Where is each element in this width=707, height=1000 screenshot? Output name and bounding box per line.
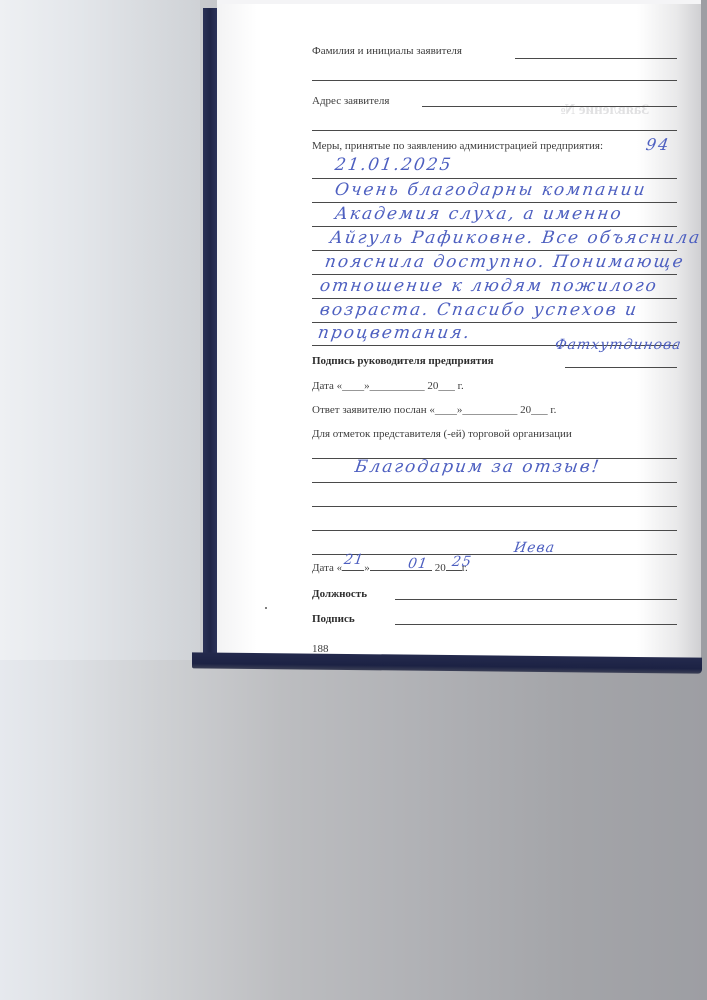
- notes-line-2[interactable]: [312, 482, 677, 483]
- notes-line-4[interactable]: [312, 530, 677, 531]
- measures-line-3[interactable]: [312, 226, 677, 227]
- date2-day-field[interactable]: [342, 570, 364, 571]
- trade-org-note-handwritten: Благодарим за отзыв!: [354, 457, 602, 477]
- date2-prefix: Дата «: [312, 562, 342, 574]
- measures-line-4[interactable]: [312, 250, 677, 251]
- handwritten-line: отношение к людям пожилого: [319, 276, 660, 296]
- scanner-background-left: [0, 0, 200, 660]
- date2-row: Дата «»20г.: [312, 562, 685, 574]
- notes-line-3[interactable]: [312, 506, 677, 507]
- date2-mid: »: [364, 562, 370, 574]
- manager-signature-label: Подпись руководителя предприятия: [312, 355, 685, 367]
- manager-signature-handwritten: Фатхутдинова: [554, 337, 683, 353]
- date2-year-field[interactable]: [446, 570, 462, 571]
- page-number: 188: [312, 643, 685, 655]
- measures-line-6[interactable]: [312, 298, 677, 299]
- reply-sent-line: Ответ заявителю послан «____»__________ …: [312, 404, 685, 416]
- measures-label: Меры, принятые по заявлению администраци…: [312, 140, 685, 152]
- handwritten-line: Очень благодарны компании: [334, 180, 648, 200]
- scan-speck: [265, 607, 267, 609]
- date2-year-prefix: 20: [435, 562, 446, 574]
- measures-line-2[interactable]: [312, 202, 677, 203]
- notes-line-5[interactable]: [312, 554, 677, 555]
- applicant-address-field[interactable]: [422, 106, 677, 107]
- handwritten-line: возраста. Спасибо успехов и: [319, 300, 640, 320]
- position-field[interactable]: [395, 599, 677, 600]
- representative-signature-handwritten: Иева: [513, 540, 556, 556]
- date2-year-handwritten: 25: [451, 554, 473, 570]
- date-line: Дата «____»__________ 20___ г.: [312, 380, 685, 392]
- handwritten-date: 21.01.2025: [334, 155, 454, 175]
- applicant-name-field-2[interactable]: [312, 80, 677, 81]
- handwritten-line: процветания.: [317, 323, 473, 343]
- book-binding: [203, 8, 217, 663]
- date2-month-handwritten: 01: [407, 556, 429, 572]
- applicant-name-label: Фамилия и инициалы заявителя: [312, 45, 685, 57]
- date2-day-handwritten: 21: [343, 552, 365, 568]
- measures-line-5[interactable]: [312, 274, 677, 275]
- trade-org-notes-label: Для отметок представителя (-ей) торговой…: [312, 428, 685, 440]
- applicant-name-field[interactable]: [515, 58, 677, 59]
- applicant-address-field-2[interactable]: [312, 130, 677, 131]
- measures-line-1[interactable]: [312, 178, 677, 179]
- handwritten-line: Айгуль Рафиковне. Все объяснила: [329, 228, 703, 248]
- handwritten-line: Академия слуха, а именно: [334, 204, 625, 224]
- signature-field[interactable]: [395, 624, 677, 625]
- handwritten-number: 94: [645, 135, 672, 154]
- manager-signature-field[interactable]: [565, 367, 677, 368]
- handwritten-line: пояснила доступно. Понимающе: [324, 252, 686, 272]
